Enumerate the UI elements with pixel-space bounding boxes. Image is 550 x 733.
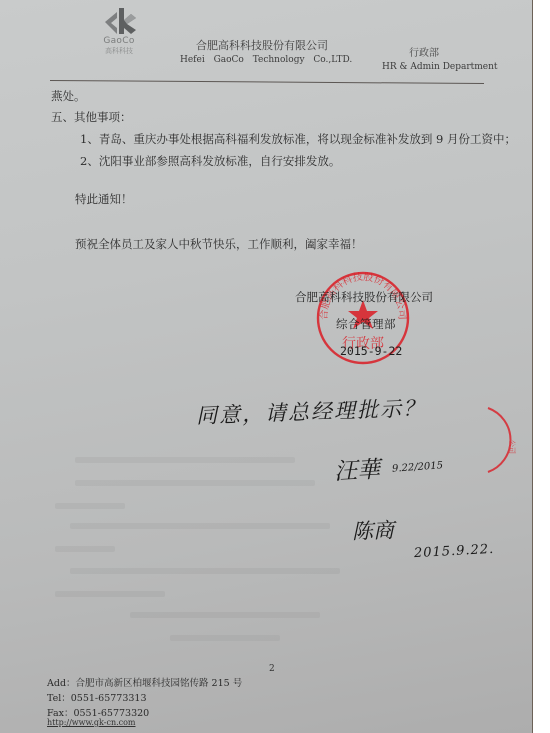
gaoco-logo-icon [103, 6, 137, 36]
signature-date: 2015-9-22 [340, 344, 402, 358]
list-item: 2、沈阳事业部参照高科发放标准，自行安排发放。 [80, 153, 340, 169]
handwritten-signature: 汪華 [333, 451, 381, 486]
logo-name-en: GaoCo [94, 36, 144, 46]
svg-text:公司: 公司 [508, 440, 517, 454]
company-name-en: Hefei GaoCo Technology Co.,LTD. [180, 55, 352, 65]
partial-seal-icon: 公司 [470, 400, 530, 480]
list-item: 1、青岛、重庆办事处根据高科福利发放标准，将以现金标准补发放到 9 月份工资中； [80, 131, 516, 147]
footer-website-link[interactable]: http://www.gk-cn.com [47, 718, 136, 727]
department-en: HR & Admin Department [382, 62, 498, 72]
header-divider [50, 80, 484, 84]
logo-name-cn: 高科科技 [94, 46, 144, 56]
footer-tel: Tel：0551-65773313 [47, 690, 147, 704]
greeting-text: 预祝全体员工及家人中秋节快乐，工作顺利，阖家幸福！ [75, 236, 363, 252]
document-page: GaoCo 高科科技 合肥高科科技股份有限公司 Hefei GaoCo Tech… [0, 0, 533, 733]
handwritten-date: 9.22/2015 [392, 460, 444, 475]
signature-department: 综合管理部 [336, 316, 396, 332]
handwritten-date: 2015.9.22. [414, 542, 495, 561]
company-name-cn: 合肥高科科技股份有限公司 [196, 37, 328, 53]
footer-fax: Fax：0551-65773320 [47, 705, 149, 719]
continuation-text: 燕处。 [51, 88, 86, 104]
company-logo: GaoCo 高科科技 [94, 6, 144, 54]
notice-text: 特此通知！ [75, 191, 133, 207]
handwritten-signature: 陈商 [351, 514, 394, 545]
handwritten-comment: 同意，请总经理批示？ [196, 392, 427, 430]
page-number: 2 [269, 664, 275, 674]
section-title: 五、其他事项： [51, 109, 132, 125]
department-cn: 行政部 [409, 44, 439, 59]
footer-address: Add：合肥市高新区柏堰科技园铭传路 215 号 [47, 675, 242, 689]
signature-company: 合肥高科科技股份有限公司 [295, 289, 433, 305]
